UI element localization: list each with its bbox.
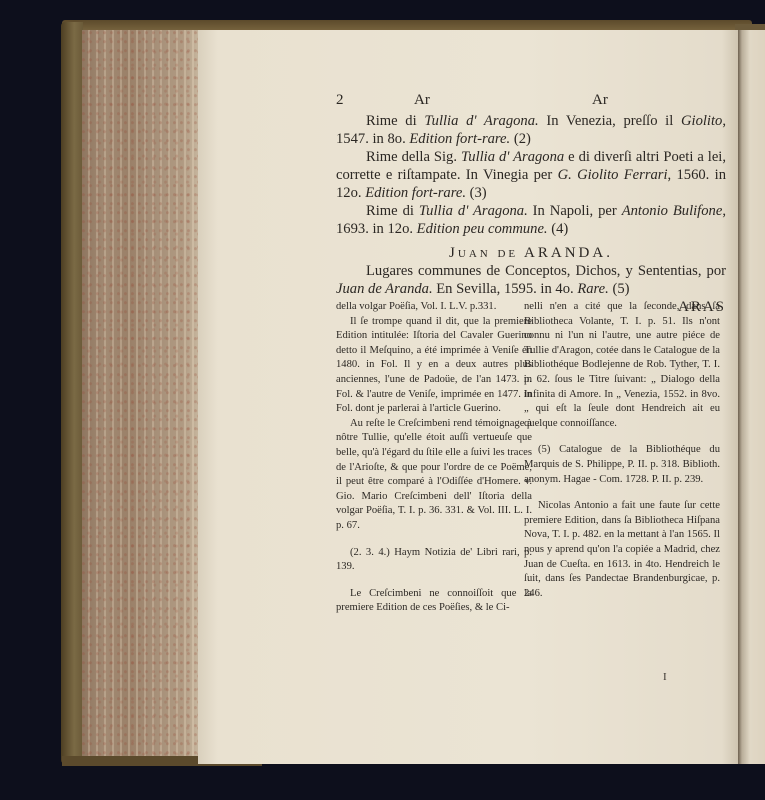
text-run: En Sevilla, 1595. in 4o.	[433, 281, 578, 297]
footnote-paragraph: nelli n'en a cité que la ſeconde, dans ſ…	[524, 300, 720, 431]
italic-text: Giolito	[681, 113, 722, 129]
text-run: Rime di	[366, 113, 424, 129]
footnotes-right-column: nelli n'en a cité que la ſeconde, dans ſ…	[524, 300, 720, 601]
footnote-paragraph: Au reſte le Creſcimbeni rend témoignage …	[336, 417, 532, 534]
text-run: (4)	[548, 221, 569, 237]
entry-aranda: Lugares communes de Conceptos, Dichos, y…	[336, 262, 726, 298]
italic-text: Tullia d' Aragona	[461, 149, 564, 165]
text-run: (5)	[609, 281, 630, 297]
italic-text: Antonio Bulifone	[622, 203, 723, 219]
text-run: In Venezia, preſſo il	[539, 113, 681, 129]
footnotes-left-column: della volgar Poëſia, Vol. I. L.V. p.331.…	[336, 300, 532, 616]
section-heading: Juan de ARANDA.	[336, 244, 726, 262]
footnote-paragraph: Il ſe trompe quand il dit, que la premie…	[336, 315, 532, 417]
bibliography-entries: Rime di Tullia d' Aragona. In Venezia, p…	[336, 112, 726, 316]
running-head-left: Ar	[414, 92, 430, 109]
entry-3: Rime della Sig. Tullia d' Aragona e di d…	[336, 148, 726, 202]
page-stack-edges	[82, 30, 200, 760]
text-run: (2)	[510, 131, 531, 147]
entry-4: Rime di Tullia d' Aragona. In Napoli, pe…	[336, 202, 726, 238]
italic-text: Tullia d' Aragona.	[424, 113, 538, 129]
footnote-paragraph: Le Creſcimbeni ne connoiſſoit que la pre…	[336, 587, 532, 616]
running-head: 2 Ar Ar	[336, 92, 724, 112]
running-head-right: Ar	[592, 92, 608, 109]
italic-text: Rare.	[577, 281, 608, 297]
page-number: 2	[336, 92, 344, 109]
text-run: Lugares communes de Conceptos, Dichos, y…	[366, 263, 726, 279]
italic-text: Edition peu commune.	[417, 221, 548, 237]
italic-text: Juan de Aranda.	[336, 281, 433, 297]
text-run: Rime della Sig.	[366, 149, 461, 165]
footnote-paragraph: (5) Catalogue de la Bibliothéque du Marq…	[524, 443, 720, 487]
signature-mark: I	[663, 671, 667, 683]
book-cover-spine-edge	[61, 22, 83, 764]
footnote-paragraph: (2. 3. 4.) Haym Notizia de' Libri rari, …	[336, 546, 532, 575]
italic-text: Edition fort-rare.	[365, 185, 466, 201]
italic-text: Edition fort-rare.	[409, 131, 510, 147]
italic-text: Tullia d' Aragona.	[419, 203, 528, 219]
text-run: Rime di	[366, 203, 419, 219]
facing-page-edge	[738, 30, 765, 764]
italic-text: G. Giolito Ferrari	[558, 167, 668, 183]
footnote-paragraph: Nicolas Antonio a fait une faute ſur cet…	[524, 499, 720, 601]
text-run: In Napoli, per	[528, 203, 622, 219]
text-run: (3)	[466, 185, 487, 201]
footnote-paragraph: della volgar Poëſia, Vol. I. L.V. p.331.	[336, 300, 532, 315]
entry-2: Rime di Tullia d' Aragona. In Venezia, p…	[336, 112, 726, 148]
